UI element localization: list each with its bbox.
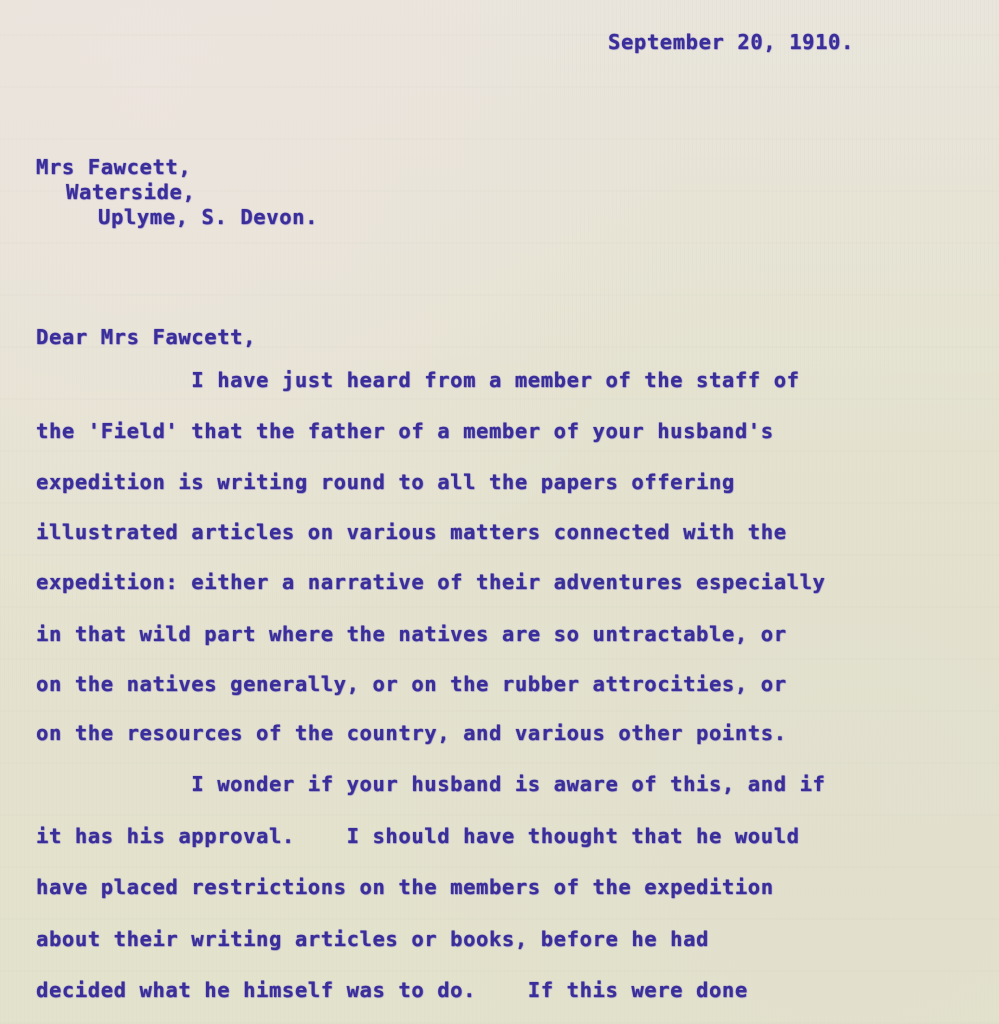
- body-line: in that wild part where the natives are …: [36, 624, 787, 645]
- recipient-address-line-2: Uplyme, S. Devon.: [98, 207, 318, 228]
- body-line: it has his approval. I should have thoug…: [36, 826, 800, 847]
- body-line: illustrated articles on various matters …: [36, 522, 787, 543]
- body-line: expedition is writing round to all the p…: [36, 472, 735, 493]
- recipient-name: Mrs Fawcett,: [36, 157, 191, 178]
- recipient-address-line-1: Waterside,: [66, 182, 195, 203]
- body-line: decided what he himself was to do. If th…: [36, 980, 748, 1001]
- body-line: on the natives generally, or on the rubb…: [36, 674, 787, 695]
- letter-date: September 20, 1910.: [608, 32, 854, 53]
- body-line: expedition: either a narrative of their …: [36, 572, 825, 593]
- body-line: I have just heard from a member of the s…: [36, 370, 800, 391]
- body-line: on the resources of the country, and var…: [36, 723, 787, 744]
- body-line: I wonder if your husband is aware of thi…: [36, 774, 825, 795]
- body-line: about their writing articles or books, b…: [36, 929, 709, 950]
- salutation: Dear Mrs Fawcett,: [36, 327, 256, 348]
- body-line: have placed restrictions on the members …: [36, 877, 774, 898]
- letter-page: September 20, 1910. Mrs Fawcett, Watersi…: [0, 0, 999, 1024]
- paper-texture: [0, 0, 999, 1024]
- body-line: the 'Field' that the father of a member …: [36, 421, 774, 442]
